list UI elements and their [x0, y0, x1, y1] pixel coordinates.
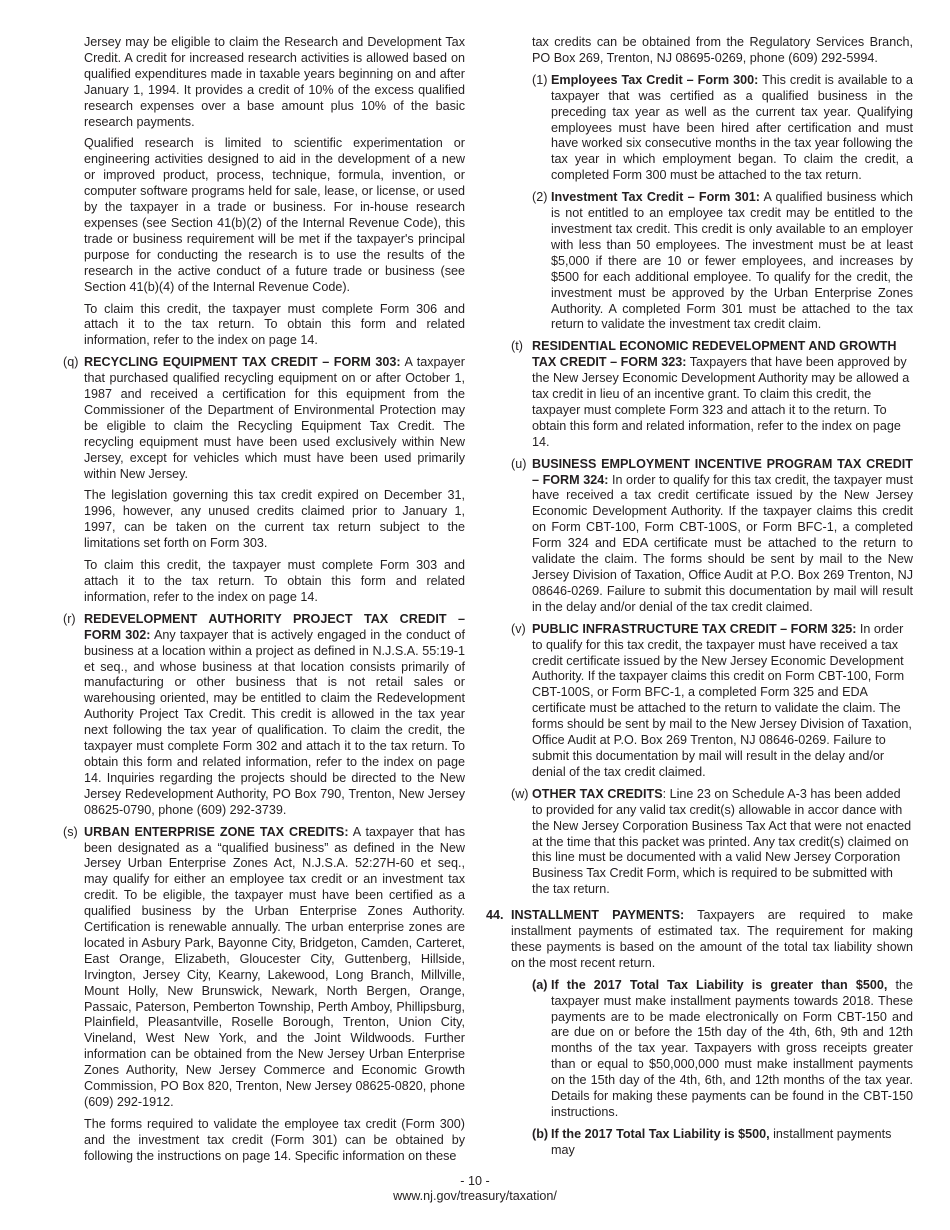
item-w-other-tax-credits: (w) OTHER TAX CREDITS: Line 23 on Schedu… [486, 787, 913, 898]
urban-enterprise-continuation: tax credits can be obtained from the Reg… [486, 35, 913, 333]
subitem-label: (1) [532, 73, 547, 89]
subitem-heading: Employees Tax Credit – Form 300: [551, 73, 758, 87]
subitem-label: (2) [532, 190, 547, 206]
item-t-residential-economic: (t) RESIDENTIAL ECONOMIC REDEVELOPMENT A… [486, 339, 913, 450]
item-u-business-employment-incentive: (u) BUSINESS EMPLOYMENT INCENTIVE PROGRA… [486, 457, 913, 616]
paragraph: URBAN ENTERPRISE ZONE TAX CREDITS: A tax… [84, 825, 465, 1111]
subitem-employees-tax-credit: (1) Employees Tax Credit – Form 300: Thi… [532, 73, 913, 184]
item-label: (v) [511, 622, 526, 638]
paragraph: Jersey may be eligible to claim the Rese… [84, 35, 465, 130]
paragraph: Employees Tax Credit – Form 300: This cr… [551, 73, 913, 184]
item-r-redevelopment-authority: (r) REDEVELOPMENT AUTHORITY PROJECT TAX … [63, 612, 465, 819]
footer-url: www.nj.gov/treasury/taxation/ [0, 1189, 950, 1204]
paragraph: OTHER TAX CREDITS: Line 23 on Schedule A… [532, 787, 913, 898]
right-column: tax credits can be obtained from the Reg… [486, 35, 913, 1165]
item-label: (r) [63, 612, 76, 628]
paragraph: Investment Tax Credit – Form 301: A qual… [551, 190, 913, 333]
section-number: 44. [486, 908, 504, 924]
paragraph: INSTALLMENT PAYMENTS: Taxpayers are requ… [511, 908, 913, 972]
research-credit-continuation: Jersey may be eligible to claim the Rese… [63, 35, 465, 349]
paragraph: If the 2017 Total Tax Liability is $500,… [551, 1127, 913, 1159]
subitem-label: (a) [532, 978, 547, 994]
item-label: (w) [511, 787, 528, 803]
paragraph: Qualified research is limited to scienti… [84, 136, 465, 295]
item-label: (u) [511, 457, 526, 473]
subitem-heading: Investment Tax Credit – Form 301: [551, 190, 760, 204]
subitem-heading: If the 2017 Total Tax Liability is $500, [551, 1127, 770, 1141]
paragraph: The legislation governing this tax credi… [84, 488, 465, 552]
paragraph: To claim this credit, the taxpayer must … [84, 558, 465, 606]
paragraph: The forms required to validate the emplo… [84, 1117, 465, 1165]
item-label: (q) [63, 355, 78, 371]
paragraph: To claim this credit, the taxpayer must … [84, 302, 465, 350]
item-s-urban-enterprise-zone: (s) URBAN ENTERPRISE ZONE TAX CREDITS: A… [63, 825, 465, 1165]
paragraph: tax credits can be obtained from the Reg… [532, 35, 913, 67]
paragraph: REDEVELOPMENT AUTHORITY PROJECT TAX CRED… [84, 612, 465, 819]
item-label: (t) [511, 339, 523, 355]
paragraph: RESIDENTIAL ECONOMIC REDEVELOPMENT AND G… [532, 339, 913, 450]
paragraph: PUBLIC INFRASTRUCTURE TAX CREDIT – FORM … [532, 622, 913, 781]
left-column: Jersey may be eligible to claim the Rese… [63, 35, 465, 1171]
subitem-label: (b) [532, 1127, 548, 1143]
subitem-b-liability-500: (b) If the 2017 Total Tax Liability is $… [532, 1127, 913, 1159]
subitem-heading: If the 2017 Total Tax Liability is great… [551, 978, 887, 992]
paragraph: RECYCLING EQUIPMENT TAX CREDIT – FORM 30… [84, 355, 465, 482]
paragraph: BUSINESS EMPLOYMENT INCENTIVE PROGRAM TA… [532, 457, 913, 616]
item-label: (s) [63, 825, 78, 841]
document-page: Jersey may be eligible to claim the Rese… [0, 0, 950, 1230]
subitem-investment-tax-credit: (2) Investment Tax Credit – Form 301: A … [532, 190, 913, 333]
item-q-recycling-equipment: (q) RECYCLING EQUIPMENT TAX CREDIT – FOR… [63, 355, 465, 606]
item-heading: URBAN ENTERPRISE ZONE TAX CREDITS: [84, 825, 349, 839]
section-44-installment-payments: 44. INSTALLMENT PAYMENTS: Taxpayers are … [486, 908, 913, 1159]
subitem-a-liability-greater-500: (a) If the 2017 Total Tax Liability is g… [532, 978, 913, 1121]
paragraph: If the 2017 Total Tax Liability is great… [551, 978, 913, 1121]
section-heading: INSTALLMENT PAYMENTS: [511, 908, 684, 922]
item-heading: OTHER TAX CREDITS [532, 787, 663, 801]
page-number: - 10 - [0, 1174, 950, 1189]
item-heading: PUBLIC INFRASTRUCTURE TAX CREDIT – FORM … [532, 622, 856, 636]
item-v-public-infrastructure: (v) PUBLIC INFRASTRUCTURE TAX CREDIT – F… [486, 622, 913, 781]
item-heading: RECYCLING EQUIPMENT TAX CREDIT – FORM 30… [84, 355, 401, 369]
